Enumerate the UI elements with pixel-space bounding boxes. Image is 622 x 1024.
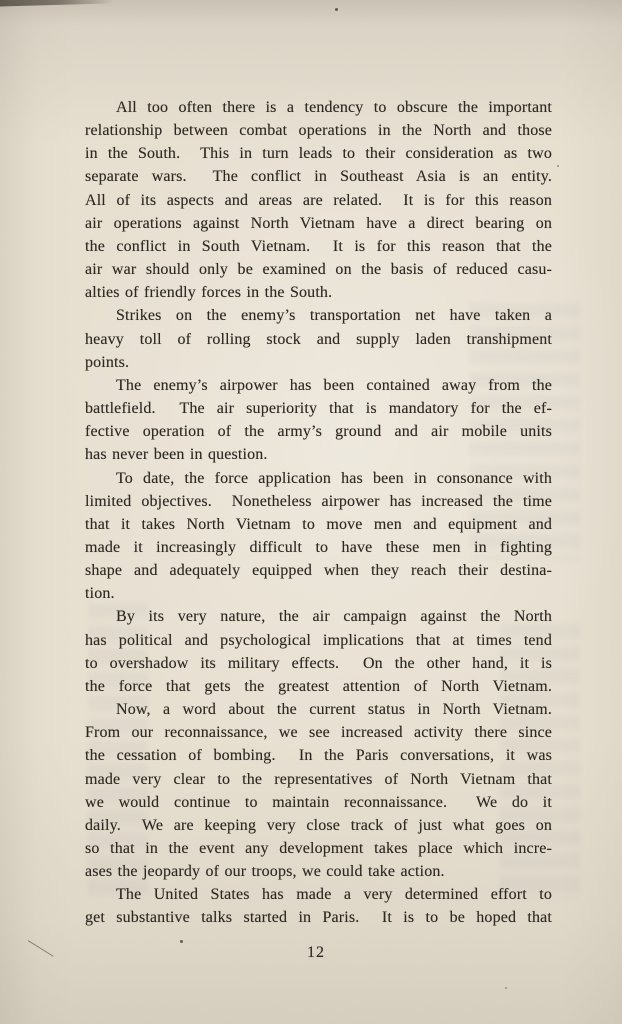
paper-speck bbox=[557, 165, 559, 167]
text-line: so that in the event any development tak… bbox=[85, 837, 552, 860]
text-line: the conflict in South Vietnam. It is for… bbox=[85, 235, 552, 258]
paragraph: All too often there is a tendency to obs… bbox=[85, 96, 552, 304]
paper-speck bbox=[335, 8, 338, 11]
paragraph: To date, the force application has been … bbox=[85, 467, 552, 606]
paper-speck bbox=[180, 940, 183, 943]
text-line: has political and psychological implicat… bbox=[85, 629, 552, 652]
paragraph: The enemy’s airpower has been contained … bbox=[85, 374, 552, 467]
text-line: battlefield. The air superiority that is… bbox=[85, 397, 552, 420]
text-line: made it increasingly difficult to have t… bbox=[85, 536, 552, 559]
text-line: to overshadow its military effects. On t… bbox=[85, 652, 552, 675]
text-line: has never been in question. bbox=[85, 443, 552, 466]
text-line: the cessation of bombing. In the Paris c… bbox=[85, 744, 552, 767]
text-line: ases the jeopardy of our troops, we coul… bbox=[85, 860, 552, 883]
text-line: All of its aspects and areas are related… bbox=[85, 189, 552, 212]
text-line: Strikes on the enemy’s transportation ne… bbox=[85, 304, 552, 327]
text-line: tion. bbox=[85, 582, 552, 605]
text-line: relationship between combat operations i… bbox=[85, 119, 552, 142]
paragraph: By its very nature, the air campaign aga… bbox=[85, 605, 552, 698]
text-line: get substantive talks started in Paris. … bbox=[85, 906, 552, 929]
paper-speck bbox=[505, 987, 507, 989]
page-text: All too often there is a tendency to obs… bbox=[85, 96, 552, 930]
text-line: By its very nature, the air campaign aga… bbox=[85, 605, 552, 628]
text-line: made very clear to the representatives o… bbox=[85, 768, 552, 791]
text-line: Now, a word about the current status in … bbox=[85, 698, 552, 721]
text-line: that it takes North Vietnam to move men … bbox=[85, 513, 552, 536]
paragraph: The United States has made a very determ… bbox=[85, 883, 552, 929]
text-line: daily. We are keeping very close track o… bbox=[85, 814, 552, 837]
text-line: To date, the force application has been … bbox=[85, 467, 552, 490]
scanned-document-page: All too often there is a tendency to obs… bbox=[0, 0, 622, 1024]
paragraph: Now, a word about the current status in … bbox=[85, 698, 552, 883]
text-line: we would continue to maintain reconnaiss… bbox=[85, 791, 552, 814]
text-line: air war should only be examined on the b… bbox=[85, 258, 552, 281]
text-line: limited objectives. Nonetheless airpower… bbox=[85, 490, 552, 513]
text-line: shape and adequately equipped when they … bbox=[85, 559, 552, 582]
text-line: fective operation of the army’s ground a… bbox=[85, 420, 552, 443]
paragraph: Strikes on the enemy’s transportation ne… bbox=[85, 304, 552, 373]
text-line: points. bbox=[85, 351, 552, 374]
text-line: the force that gets the greatest attenti… bbox=[85, 675, 552, 698]
text-line: heavy toll of rolling stock and supply l… bbox=[85, 328, 552, 351]
text-line: All too often there is a tendency to obs… bbox=[85, 96, 552, 119]
text-line: separate wars. The conflict in Southeast… bbox=[85, 165, 552, 188]
text-line: air operations against North Vietnam hav… bbox=[85, 212, 552, 235]
text-line: From our reconnaissance, we see increase… bbox=[85, 721, 552, 744]
text-line: alties of friendly forces in the South. bbox=[85, 281, 552, 304]
text-line: The United States has made a very determ… bbox=[85, 883, 552, 906]
text-line: The enemy’s airpower has been contained … bbox=[85, 374, 552, 397]
text-line: in the South. This in turn leads to thei… bbox=[85, 142, 552, 165]
page-number: 12 bbox=[0, 944, 622, 962]
